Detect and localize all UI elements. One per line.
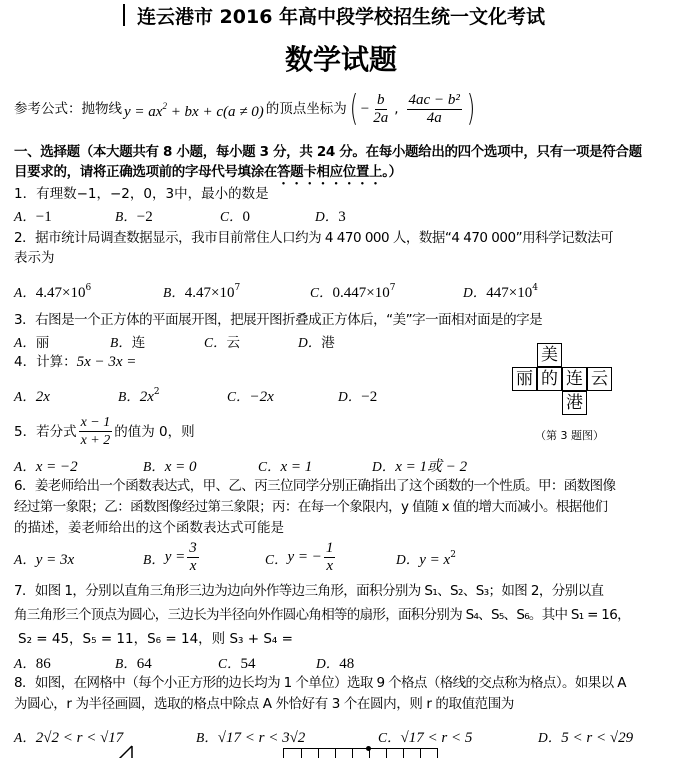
grid-point-a <box>366 746 371 751</box>
triangle-figure-partial <box>118 744 134 758</box>
q8-option-b[interactable]: B．√17 < r < 3√2 <box>196 726 305 747</box>
exam-page: 连云港市 2016 年高中段学校招生统一文化考试 数学试题 参考公式：抛物线 y… <box>0 0 682 758</box>
question-8-stem-line2: 为圆心，r 为半径画圆，选取的格点中除点 A 外恰好有 3 个在圆内，则 r 的… <box>14 694 514 714</box>
reference-formula: 参考公式：抛物线 y = ax2 + bx + c(a ≠ 0) 的顶点坐标为 … <box>14 86 478 132</box>
q4-option-d[interactable]: D．−2 <box>338 385 377 406</box>
cube-face-3: 连 <box>562 367 587 391</box>
q1-option-d[interactable]: D．3 <box>315 205 346 226</box>
cube-net-figure: 美 丽 的 连 云 港 <box>512 343 622 421</box>
q4-option-b[interactable]: B．2x2 <box>118 385 160 406</box>
question-6-stem-line3: 的描述，姜老师给出的这个函数表达式可能是 <box>14 518 284 538</box>
vertex-x-fraction: b 2a <box>371 92 390 127</box>
cube-face-2: 的 <box>537 367 562 391</box>
vertex-y-fraction: 4ac − b² 4a <box>407 92 462 127</box>
q3-option-d[interactable]: D．港 <box>298 331 335 351</box>
q4-option-a[interactable]: A．2x <box>14 385 50 406</box>
q5-option-a[interactable]: A．x = −2 <box>14 455 78 476</box>
q3-option-c[interactable]: C．云 <box>204 331 240 351</box>
q2-option-b[interactable]: B．4.47×107 <box>163 281 240 302</box>
question-2-stem-line1: 2．据市统计局调查数据显示，我市目前常住人口约为 4 470 000 人，数据“… <box>14 228 613 248</box>
question-1-stem: 1．有理数−1，−2，0，3中，最小的数是 <box>14 184 269 204</box>
right-paren: ) <box>467 91 475 127</box>
question-3-stem: 3．右图是一个正方体的平面展开图，把展开图折叠成正方体后，“美”字一面相对面是的… <box>14 310 542 330</box>
section-heading-line1: 一、选择题（本大题共有 8 小题，每小题 3 分，共 24 分。在每小题给出的四… <box>14 140 642 160</box>
formula-equation: y = ax2 + bx + c(a ≠ 0) <box>124 96 264 122</box>
q1-option-b[interactable]: B．−2 <box>115 205 153 226</box>
cube-face-bottom: 港 <box>562 391 587 415</box>
question-4-stem: 4．计算：5x − 3x = <box>14 352 136 372</box>
question-8-stem-line1: 8．如图，在网格中（每个小正方形的边长均为 1 个单位）选取 9 个格点（格线的… <box>14 673 626 693</box>
emphasized-text: 答题卡相应位置上 <box>277 164 382 180</box>
q6-option-c[interactable]: C．y = −1x <box>265 540 337 575</box>
q8-option-d[interactable]: D．5 < r < √29 <box>538 726 633 747</box>
q5-option-b[interactable]: B．x = 0 <box>143 455 197 476</box>
q5-option-d[interactable]: D．x = 1或 − 2 <box>372 455 467 476</box>
formula-middle: 的顶点坐标为 <box>266 99 347 119</box>
q2-option-a[interactable]: A．4.47×106 <box>14 281 91 302</box>
q5-fraction: x − 1 x + 2 <box>79 414 113 449</box>
question-7-stem-line3: S₂ = 45，S₅ = 11，S₆ = 14，则 S₃ + S₄ = <box>18 629 293 649</box>
formula-prefix: 参考公式：抛物线 <box>14 99 122 119</box>
q4-option-c[interactable]: C．−2x <box>227 385 274 406</box>
question-6-stem-line2: 经过第一象限；乙：函数图像经过第三象限；丙：在每一个象限内，y 值随 x 值的增… <box>14 497 607 517</box>
q6-option-a[interactable]: A．y = 3x <box>14 548 74 569</box>
q8-option-c[interactable]: C．√17 < r < 5 <box>378 726 472 747</box>
question-7-stem-line1: 7．如图 1，分别以直角三角形三边为边向外作等边三角形，面积分别为 S₁、S₂、… <box>14 581 603 601</box>
grid-figure-partial <box>283 748 438 758</box>
subject-title: 数学试题 <box>0 38 682 78</box>
exam-title: 连云港市 2016 年高中段学校招生统一文化考试 <box>0 2 682 29</box>
q7-option-b[interactable]: B．64 <box>115 652 152 673</box>
q1-option-c[interactable]: C．0 <box>220 205 250 226</box>
q7-option-c[interactable]: C．54 <box>218 652 256 673</box>
q2-option-d[interactable]: D．447×104 <box>463 281 538 302</box>
question-5-stem: 5．若分式 x − 1 x + 2 的值为 0，则 <box>14 414 195 449</box>
cube-face-1: 丽 <box>512 367 537 391</box>
q8-option-a[interactable]: A．2√2 < r < √17 <box>14 726 123 747</box>
figure-3-caption: （第 3 题图） <box>535 427 604 443</box>
q3-option-a[interactable]: A．丽 <box>14 331 49 351</box>
q6-option-d[interactable]: D．y = x2 <box>396 548 456 569</box>
q2-option-c[interactable]: C．0.447×107 <box>310 281 395 302</box>
question-2-stem-line2: 表示为 <box>14 248 55 268</box>
q5-option-c[interactable]: C．x = 1 <box>258 455 312 476</box>
q7-option-a[interactable]: A．86 <box>14 652 51 673</box>
q7-option-d[interactable]: D．48 <box>316 652 354 673</box>
cube-face-4: 云 <box>587 367 612 391</box>
cube-face-top: 美 <box>537 343 562 367</box>
question-6-stem-line1: 6．姜老师给出一个函数表达式，甲、乙、丙三位同学分别正确指出了这个函数的一个性质… <box>14 476 615 496</box>
q1-option-a[interactable]: A．−1 <box>14 205 52 226</box>
q3-option-b[interactable]: B．连 <box>110 331 145 351</box>
q6-option-b[interactable]: B．y =3x <box>143 540 201 575</box>
question-7-stem-line2: 角三角形三个顶点为圆心，三边长为半径向外作圆心角相等的扇形，面积分别为 S₄、S… <box>14 605 630 625</box>
left-paren: ( <box>350 91 358 127</box>
